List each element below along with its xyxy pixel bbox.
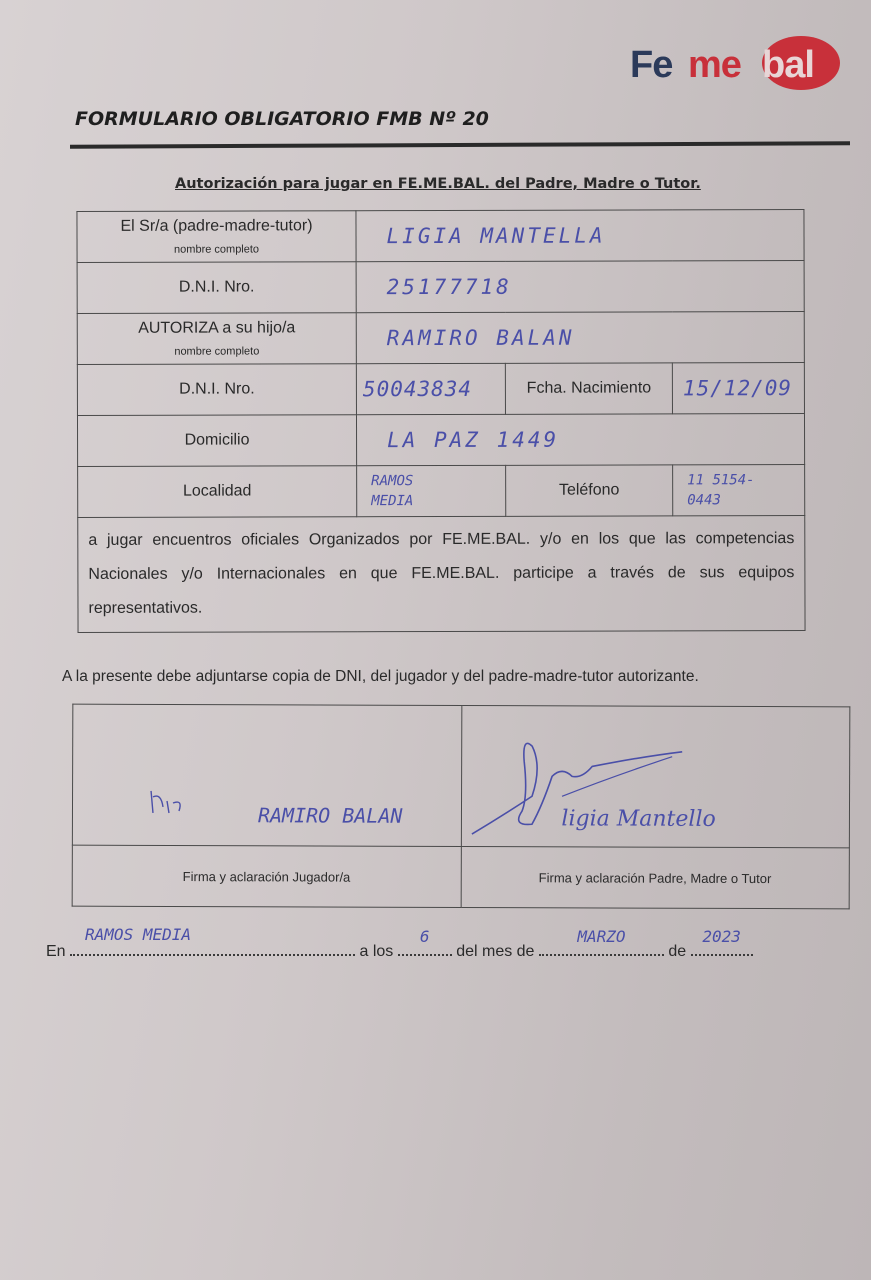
birth-date-field[interactable]: 15/12/09	[672, 363, 804, 414]
mes-label: del mes de	[456, 943, 534, 960]
authorization-table: El Sr/a (padre-madre-tutor) nombre compl…	[76, 209, 805, 633]
child-dni-label: D.N.I. Nro.	[77, 364, 356, 416]
year-value: 2023	[691, 927, 753, 946]
birth-label: Fcha. Nacimiento	[505, 363, 672, 414]
phone-line1: 11 5154-	[687, 470, 804, 490]
child-label-cell: AUTORIZA a su hijo/a nombre completo	[77, 313, 356, 365]
address-field[interactable]: LA PAZ 1449	[356, 414, 804, 466]
parent-label-cell: El Sr/a (padre-madre-tutor) nombre compl…	[77, 211, 356, 263]
parent-clarification: ligia Mantello	[561, 806, 715, 832]
en-label: En	[46, 943, 66, 960]
phone-line2: 0443	[687, 490, 804, 510]
locality-field[interactable]: RAMOS MEDIA	[357, 465, 506, 516]
place-field[interactable]: RAMOS MEDIA	[70, 940, 355, 956]
player-signature-caption: Firma y aclaración Jugador/a	[72, 845, 461, 907]
form-title: FORMULARIO OBLIGATORIO FMB Nº 20	[75, 108, 489, 130]
a-los-label: a los	[359, 943, 393, 960]
de-label: de	[668, 943, 686, 960]
phone-label: Teléfono	[506, 465, 673, 516]
parent-name-field[interactable]: LIGIA MANTELLA	[356, 210, 804, 262]
parent-label: El Sr/a (padre-madre-tutor)	[120, 217, 312, 235]
day-field[interactable]: 6	[398, 940, 452, 956]
place-value: RAMOS MEDIA	[70, 925, 355, 944]
parent-dni-label: D.N.I. Nro.	[77, 262, 356, 314]
phone-field[interactable]: 11 5154- 0443	[673, 465, 805, 516]
logo-bal: bal	[762, 44, 814, 87]
parent-signature-caption: Firma y aclaración Padre, Madre o Tutor	[461, 846, 850, 908]
form-subtitle: Autorización para jugar en FE.ME.BAL. de…	[175, 176, 701, 192]
signature-table: RAMIRO BALAN ligia Mantello Firma y acla…	[72, 704, 851, 910]
femebal-logo: Fe me bal	[630, 38, 845, 90]
parent-sublabel: nombre completo	[78, 243, 356, 256]
child-sublabel: nombre completo	[78, 345, 356, 358]
month-value: MARZO	[539, 927, 664, 946]
locality-line2: MEDIA	[371, 491, 505, 511]
place-date-line: En RAMOS MEDIA a los 6 del mes de MARZO …	[46, 940, 753, 961]
locality-label: Localidad	[78, 466, 357, 518]
year-field[interactable]: 2023	[691, 940, 753, 956]
child-label: AUTORIZA a su hijo/a	[138, 319, 295, 336]
parent-signature-area[interactable]: ligia Mantello	[461, 706, 850, 848]
address-label: Domicilio	[77, 415, 356, 467]
player-signature-area[interactable]: RAMIRO BALAN	[72, 704, 461, 846]
title-divider	[70, 141, 850, 148]
authorization-text: a jugar encuentros oficiales Organizados…	[78, 516, 805, 633]
player-clarification: RAMIRO BALAN	[258, 803, 403, 828]
logo-fe: Fe	[630, 44, 672, 87]
day-value: 6	[398, 927, 452, 946]
month-field[interactable]: MARZO	[539, 940, 664, 956]
attachment-note: A la presente debe adjuntarse copia de D…	[62, 668, 699, 686]
parent-dni-field[interactable]: 25177718	[356, 261, 804, 313]
child-dni-field[interactable]: 50043834	[356, 363, 505, 414]
logo-me: me	[688, 44, 741, 87]
locality-line1: RAMOS	[371, 471, 505, 491]
child-name-field[interactable]: RAMIRO BALAN	[356, 312, 804, 364]
